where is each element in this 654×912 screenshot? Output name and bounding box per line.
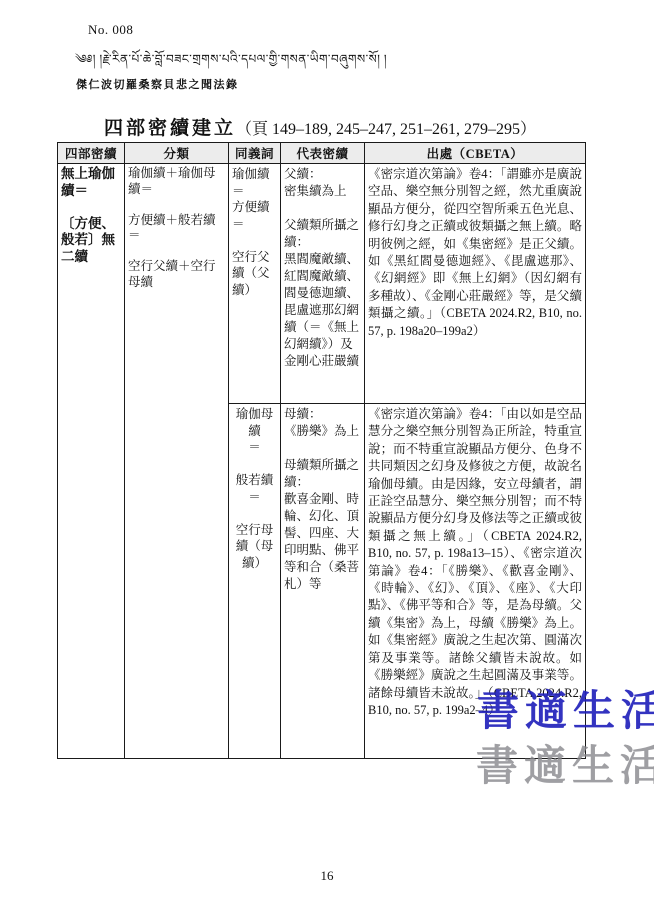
cell-classification: 瑜伽續＋瑜伽母續＝ 方便續＋般若續＝ 空行父續＋空行母續 [125, 164, 229, 759]
cell-synonym-father: 瑜伽續 ＝ 方便續 ＝ 空行父續（父續） [229, 164, 281, 404]
tibetan-title: ༄༅། །རྗེ་རིན་པོ་ཆེ་བློ་བཟང་གྲགས་པའི་དཔལ་… [75, 46, 387, 80]
col-header-synonym: 同義詞 [229, 143, 281, 164]
col-header-classification: 分類 [125, 143, 229, 164]
table-row: 無上瑜伽續＝ 〔方便、般若〕無二續 瑜伽續＋瑜伽母續＝ 方便續＋般若續＝ 空行父… [58, 164, 586, 404]
cell-tantra-class: 無上瑜伽續＝ 〔方便、般若〕無二續 [58, 164, 125, 759]
cell-source-mother: 《密宗道次第論》卷4：「由以如是空品慧分之樂空無分別智為正所詮，特重宣說；而不特… [365, 404, 586, 759]
page-title-pages: （頁 149–189, 245–247, 251–261, 279–295） [236, 121, 536, 138]
page-number: 16 [0, 868, 654, 884]
col-header-representative: 代表密續 [281, 143, 365, 164]
cell-source-father: 《密宗道次第論》卷4：「謂雖亦是廣說空品、樂空無分別智之經，然尤重廣說顯品方便分… [365, 164, 586, 404]
page-title-main: 四部密續建立 [104, 118, 236, 139]
tantra-table: 四部密續 分類 同義詞 代表密續 出處（CBETA） 無上瑜伽續＝ 〔方便、般若… [57, 142, 586, 759]
doc-number: No. 008 [88, 22, 133, 38]
cell-representative-father: 父續： 密集續為上 父續類所攝之續： 黑閻魔敵續、紅閻魔敵續、閻曼德迦續、毘盧遮… [281, 164, 365, 404]
page-title: 四部密續建立（頁 149–189, 245–247, 251–261, 279–… [0, 113, 640, 140]
document-page: No. 008 ༄༅། །རྗེ་རིན་པོ་ཆེ་བློ་བཟང་གྲགས་… [0, 0, 654, 912]
cell-representative-mother: 母續： 《勝樂》為上 母續類所攝之續： 歡喜金剛、時輪、幻化、頂髻、四座、大印明… [281, 404, 365, 759]
cell-synonym-mother: 瑜伽母 續 ＝ 般若續 ＝ 空行母 續（母 續） [229, 404, 281, 759]
col-header-source: 出處（CBETA） [365, 143, 586, 164]
table-header-row: 四部密續 分類 同義詞 代表密續 出處（CBETA） [58, 143, 586, 164]
col-header-tantra-class: 四部密續 [58, 143, 125, 164]
chinese-subtitle: 傑仁波切羅桑察貝悲之聞法錄 [76, 76, 239, 92]
